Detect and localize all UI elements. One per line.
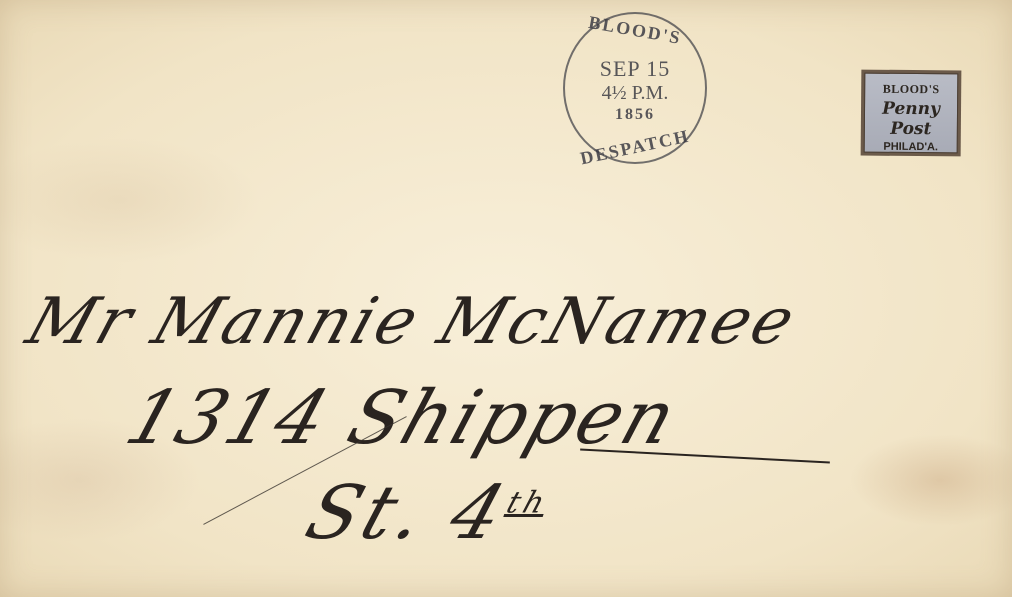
address-cross-street-text: St. 4 (296, 470, 519, 556)
postmark: BLOOD'S SEP 15 4½ P.M. 1856 DESPATCH (563, 12, 707, 164)
envelope: BLOOD'S SEP 15 4½ P.M. 1856 DESPATCH BLO… (0, 0, 1012, 597)
stamp-line-1: BLOOD'S (865, 82, 957, 98)
postmark-bottom-text: DESPATCH (564, 123, 705, 173)
postmark-year: 1856 (565, 106, 705, 124)
stamp-line-2: Penny Post (865, 99, 957, 140)
address-recipient: Mr Mannie McNamee (18, 285, 806, 359)
stamp-line-3: PHILAD'A. (865, 141, 957, 154)
postmark-time: 4½ P.M. (565, 82, 705, 105)
postage-stamp: BLOOD'S Penny Post PHILAD'A. (861, 70, 962, 157)
postmark-top-text: BLOOD'S (564, 8, 706, 53)
postmark-date: SEP 15 (565, 56, 705, 82)
stamp-face: BLOOD'S Penny Post PHILAD'A. (864, 73, 959, 154)
address-cross-street: St. 4th (296, 470, 558, 556)
